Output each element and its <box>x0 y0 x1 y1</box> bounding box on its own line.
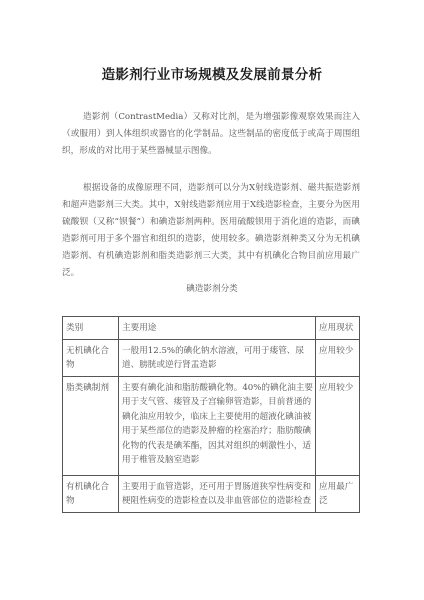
document-title: 造影剂行业市场规模及发展前景分析 <box>0 63 424 83</box>
cell-usage: 主要有碘化油和脂肪酸碘化物。40%的碘化油主要用于支气管、瘘管及子宫输卵管造影，… <box>119 376 316 475</box>
table-header-row: 类别 主要用途 应用现状 <box>63 317 360 340</box>
cell-status: 应用较少 <box>316 339 360 376</box>
paragraph-classification: 根据设备的成像原理不同，造影剂可以分为X射线造影剂、磁共振造影剂和超声造影剂三大… <box>62 180 360 282</box>
header-usage: 主要用途 <box>119 317 316 340</box>
table-row: 脂类碘制剂 主要有碘化油和脂肪酸碘化物。40%的碘化油主要用于支气管、瘘管及子宫… <box>63 376 360 475</box>
cell-category: 无机碘化合物 <box>63 339 119 376</box>
table-row: 无机碘化合物 一般用12.5%的碘化钠水溶液，可用于瘘管、尿道、膀胱或逆行肾盂造… <box>63 339 360 376</box>
header-status: 应用现状 <box>316 317 360 340</box>
paragraph-intro: 造影剂（ContrastMedia）又称对比剂，是为增强影像观察效果而注入（或服… <box>62 109 360 160</box>
cell-usage: 主要用于血管造影，还可用于胃肠道狭窄性病变和梗阻性病变的造影检查以及非血管部位的… <box>119 475 316 512</box>
table-row: 有机碘化合物 主要用于血管造影，还可用于胃肠道狭窄性病变和梗阻性病变的造影检查以… <box>63 475 360 512</box>
cell-category: 有机碘化合物 <box>63 475 119 512</box>
table-caption: 碘造影剂分类 <box>0 282 424 294</box>
cell-status: 应用较少 <box>316 376 360 475</box>
iodine-contrast-table: 类别 主要用途 应用现状 无机碘化合物 一般用12.5%的碘化钠水溶液，可用于瘘… <box>62 316 360 513</box>
cell-status: 应用最广泛 <box>316 475 360 512</box>
cell-category: 脂类碘制剂 <box>63 376 119 475</box>
cell-usage: 一般用12.5%的碘化钠水溶液，可用于瘘管、尿道、膀胱或逆行肾盂造影 <box>119 339 316 376</box>
header-category: 类别 <box>63 317 119 340</box>
